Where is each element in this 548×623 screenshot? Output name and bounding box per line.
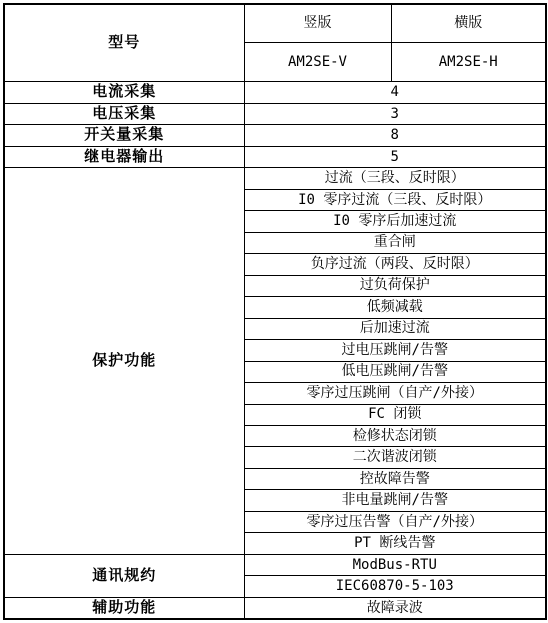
communication-section-row: 通讯规约ModBus-RTU (4, 554, 546, 575)
protection-section-item: 重合闸 (244, 232, 546, 253)
spec-row: 继电器输出5 (4, 146, 546, 167)
auxiliary-section-label: 辅助功能 (4, 597, 244, 619)
protection-section-item: I0 零序后加速过流 (244, 211, 546, 232)
spec-row-value: 3 (244, 103, 546, 124)
communication-section-item: ModBus-RTU (244, 554, 546, 575)
communication-section-label: 通讯规约 (4, 554, 244, 597)
variant-vertical-cell: 竖版 (244, 4, 391, 43)
protection-section-item: 过负荷保护 (244, 275, 546, 296)
protection-section-item: 过流（三段、反时限） (244, 168, 546, 189)
protection-section-item: 控故障告警 (244, 468, 546, 489)
protection-section-label: 保护功能 (4, 168, 244, 555)
spec-row: 电流采集4 (4, 82, 546, 103)
protection-section-item: 零序过压跳闸（自产/外接） (244, 383, 546, 404)
protection-section-item: 负序过流（两段、反时限） (244, 254, 546, 275)
spec-sheet-page: 型号 竖版 横版 AM2SE-V AM2SE-H 电流采集4电压采集3开关量采集… (0, 0, 548, 623)
protection-section-item: 非电量跳闸/告警 (244, 490, 546, 511)
protection-section-item: FC 闭锁 (244, 404, 546, 425)
spec-table-body: 型号 竖版 横版 AM2SE-V AM2SE-H 电流采集4电压采集3开关量采集… (4, 4, 546, 619)
spec-row-label: 继电器输出 (4, 146, 244, 167)
protection-section-item: 检修状态闭锁 (244, 426, 546, 447)
protection-section-item: 低频减载 (244, 297, 546, 318)
model-label: 型号 (4, 4, 244, 82)
communication-section-item: IEC60870-5-103 (244, 576, 546, 597)
auxiliary-section-row: 辅助功能故障录波 (4, 597, 546, 619)
spec-row: 电压采集3 (4, 103, 546, 124)
spec-row-value: 5 (244, 146, 546, 167)
protection-section-row: 保护功能过流（三段、反时限） (4, 168, 546, 189)
protection-section-item: 过电压跳闸/告警 (244, 340, 546, 361)
spec-table: 型号 竖版 横版 AM2SE-V AM2SE-H 电流采集4电压采集3开关量采集… (3, 3, 547, 620)
protection-section-item: 后加速过流 (244, 318, 546, 339)
protection-section-item: PT 断线告警 (244, 533, 546, 554)
protection-section-item: 二次谐波闭锁 (244, 447, 546, 468)
spec-row: 开关量采集8 (4, 125, 546, 146)
auxiliary-section-item: 故障录波 (244, 597, 546, 619)
variant-row: 型号 竖版 横版 (4, 4, 546, 43)
model-horizontal-cell: AM2SE-H (391, 43, 546, 82)
spec-row-label: 开关量采集 (4, 125, 244, 146)
spec-row-value: 4 (244, 82, 546, 103)
model-vertical-cell: AM2SE-V (244, 43, 391, 82)
spec-row-label: 电压采集 (4, 103, 244, 124)
protection-section-item: 低电压跳闸/告警 (244, 361, 546, 382)
protection-section-item: I0 零序过流（三段、反时限） (244, 189, 546, 210)
spec-row-label: 电流采集 (4, 82, 244, 103)
variant-horizontal-cell: 横版 (391, 4, 546, 43)
spec-row-value: 8 (244, 125, 546, 146)
protection-section-item: 零序过压告警（自产/外接） (244, 511, 546, 532)
